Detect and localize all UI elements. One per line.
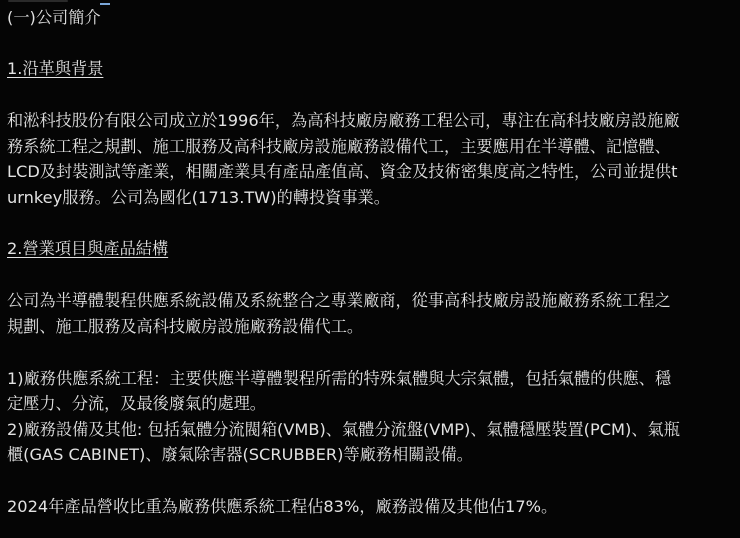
para1-line: urnkey服務。公司為國化(1713.TW)的轉投資事業。 bbox=[7, 188, 390, 208]
item-line: 櫃(GAS CABINET)、廢氣除害器(SCRUBBER)等廠務相關設備。 bbox=[7, 445, 473, 465]
para2-line: 規劃、施工服務及高科技廠房設施廠務設備代工。 bbox=[7, 317, 363, 337]
item-line: 2)廠務設備及其他: 包括氣體分流閥箱(VMB)、氣體分流盤(VMP)、氣體穩壓… bbox=[7, 420, 680, 440]
para2-line: 公司為半導體製程供應系統設備及系統整合之專業廠商，從事高科技廠房設施廠務系統工程… bbox=[7, 291, 671, 311]
para1-line: 務系統工程之規劃、施工服務及高科技廠房設施廠務設備代工，主要應用在半導體、記憶體… bbox=[7, 137, 671, 157]
scroll-indicator bbox=[8, 0, 68, 2]
item-line: 1)廠務供應系統工程：主要供應半導體製程所需的特殊氣體與大宗氣體，包括氣體的供應… bbox=[7, 369, 671, 389]
cursor-marker bbox=[100, 3, 110, 5]
heading-history: 1.沿革與背景 bbox=[7, 59, 103, 79]
heading-business: 2.營業項目與產品結構 bbox=[7, 239, 168, 259]
item-line: 定壓力、分流，及最後廢氣的處理。 bbox=[7, 394, 266, 414]
para1-line: 和淞科技股份有限公司成立於1996年，為高科技廠房廠務工程公司，專注在高科技廠房… bbox=[7, 111, 680, 131]
section-title: (一)公司簡介 bbox=[7, 8, 101, 28]
para1-line: LCD及封裝測試等產業，相關產業具有產品產值高、資金及技術密集度高之特性，公司並… bbox=[7, 162, 677, 182]
revenue-line: 2024年產品營收比重為廠務供應系統工程佔83%，廠務設備及其他佔17%。 bbox=[7, 497, 557, 517]
